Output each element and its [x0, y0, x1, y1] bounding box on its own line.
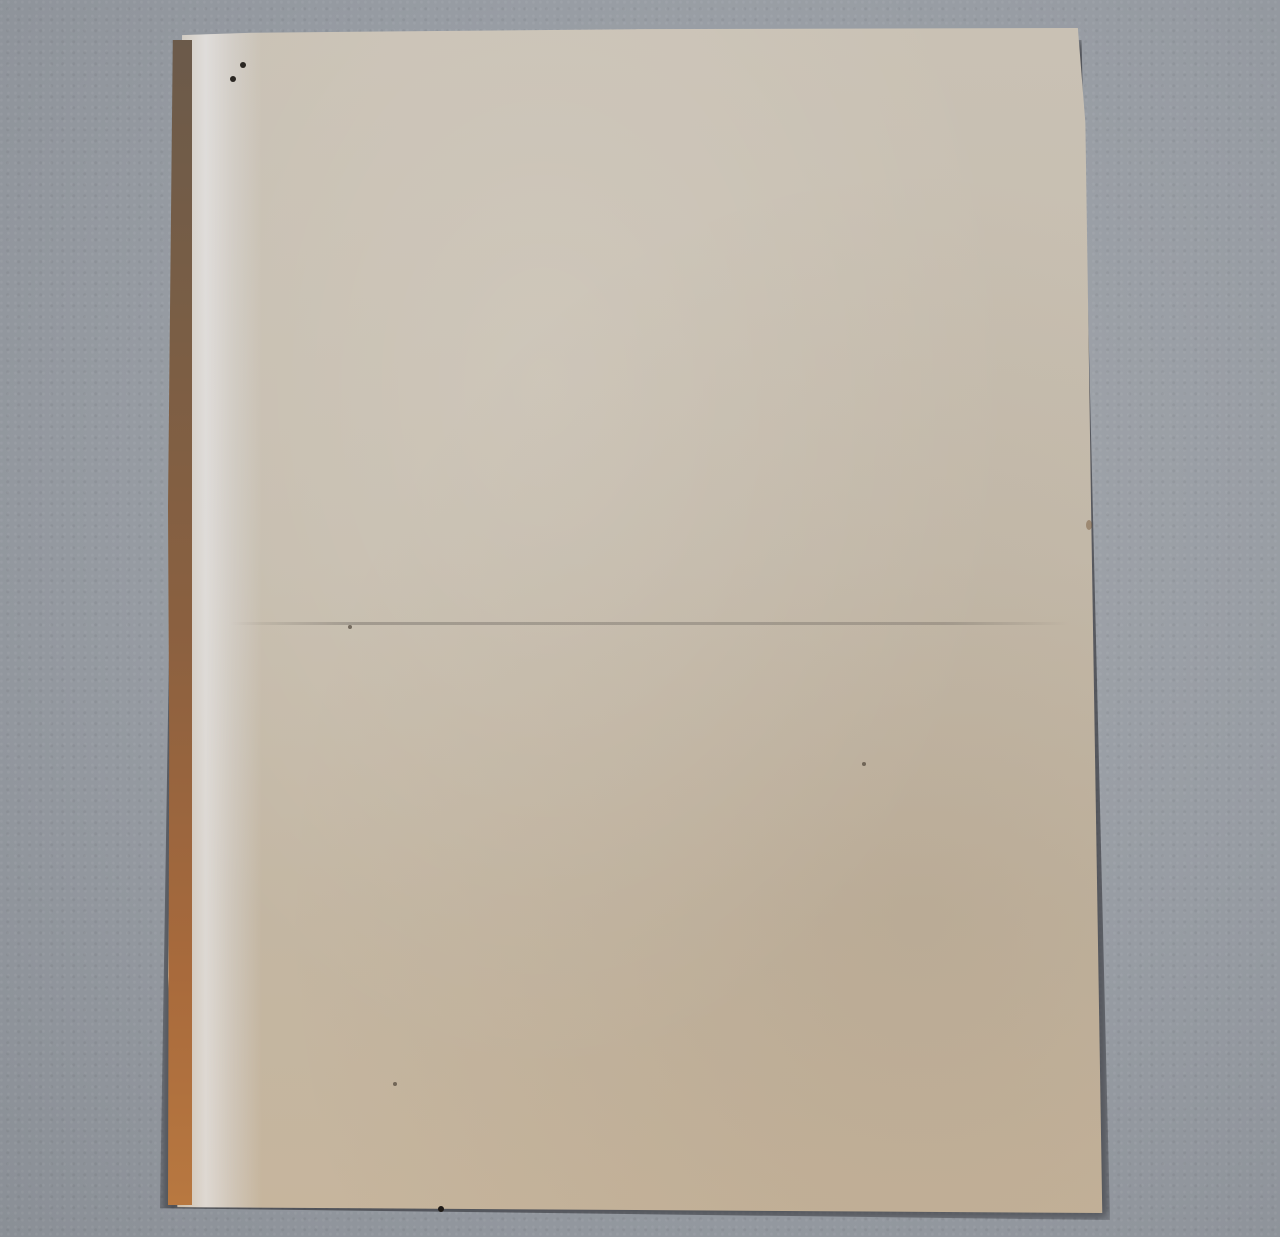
binding-hole	[240, 62, 246, 68]
horizontal-fold-crease	[230, 622, 1070, 625]
paper-sheet	[168, 28, 1106, 1213]
paper-speck	[393, 1082, 397, 1086]
paper-speck	[348, 625, 352, 629]
binding-edge-strip	[168, 40, 192, 1205]
paper-speck	[1086, 520, 1092, 530]
paper-speck	[438, 1206, 444, 1212]
binding-hole	[230, 76, 236, 82]
paper-speck	[862, 762, 866, 766]
